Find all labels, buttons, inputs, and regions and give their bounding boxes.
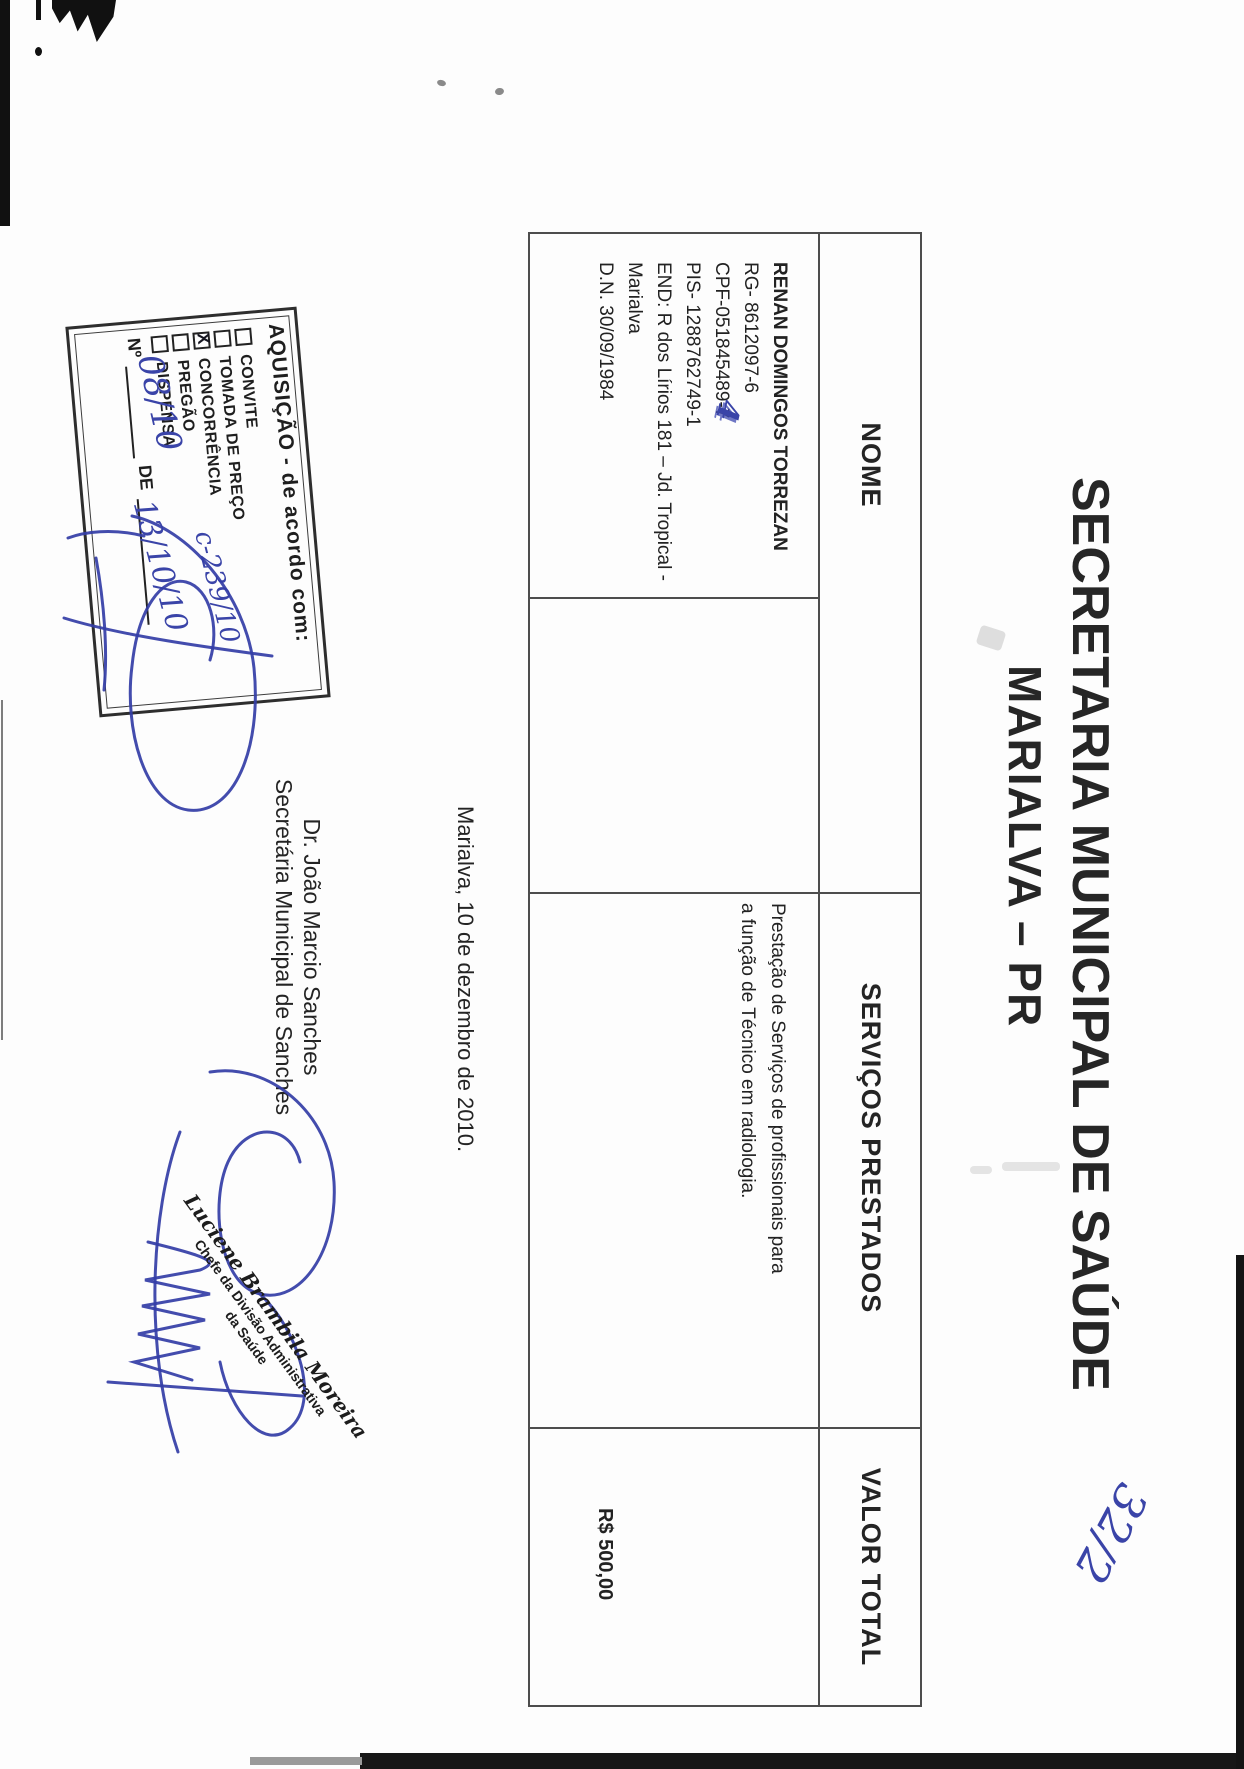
scan-edge-bottom-fade [250, 1757, 362, 1765]
scan-speck [494, 87, 504, 95]
scan-speck [436, 79, 446, 87]
table-border-bottom [528, 232, 530, 1707]
provider-pis: PIS- 1288762749-1 [678, 262, 707, 581]
provider-info-block: RENAN DOMINGOS TORREZAN RG- 8612097-6 CP… [591, 262, 794, 581]
table-border-left [528, 232, 922, 234]
provider-cpf-text: CPF-051845489-7 [711, 262, 732, 418]
provider-name: RENAN DOMINGOS TORREZAN [765, 262, 794, 581]
numero-label: Nº [123, 337, 146, 358]
scan-edge-bottom [360, 1753, 1244, 1769]
scan-edge-left [0, 0, 10, 226]
de-label: DE [134, 464, 157, 491]
table-column-divider [528, 892, 922, 894]
scan-smudge [970, 1166, 992, 1174]
handwritten-page-number: 32/2 [1063, 1475, 1159, 1592]
column-header-nome: NOME [855, 423, 886, 508]
signature-flourish [57, 498, 292, 838]
scan-smudge [1002, 1162, 1060, 1171]
provider-cpf: CPF-051845489-7 4 [707, 262, 736, 581]
table-column-divider [528, 1427, 922, 1429]
table-header-divider [818, 232, 820, 1707]
column-header-servicos: SERVIÇOS PRESTADOS [855, 983, 886, 1314]
checkbox-checked: X [192, 331, 210, 349]
services-description: Prestação de Serviços de profissionais p… [732, 903, 792, 1303]
checkbox-empty [171, 333, 189, 351]
scanned-document: { "annotations": { "corner_number": "32/… [0, 0, 1244, 1769]
scan-artifact-dot [35, 47, 42, 56]
document-page: SECRETARIA MUNICIPAL DE SAÚDE MARIALVA –… [0, 0, 1244, 1769]
scan-smudge [976, 624, 1007, 651]
date-line: Marialva, 10 de dezembro de 2010. [452, 806, 478, 1152]
page-subtitle: MARIALVA – PR [998, 665, 1052, 1027]
scan-artifact-mark [36, 0, 41, 20]
services-line-1: Prestação de Serviços de profissionais p… [762, 903, 792, 1303]
services-line-2: a função de Técnico em radiologia. [732, 903, 762, 1303]
provider-address-1: END: R dos Lírios 181 – Jd. Tropical - [649, 262, 678, 581]
provider-birthdate: D.N. 30/09/1984 [591, 262, 620, 581]
page-title: SECRETARIA MUNICIPAL DE SAÚDE [1060, 477, 1120, 1391]
checkbox-x-mark: X [192, 332, 213, 345]
provider-address-2: Marialva [620, 262, 649, 581]
scan-edge-left-thin [1, 700, 3, 1040]
table-subcolumn-divider [528, 597, 820, 599]
checkbox-empty [213, 329, 231, 347]
scan-edge-right [1236, 1255, 1244, 1769]
total-value: R$ 500,00 [593, 1508, 616, 1600]
column-header-valor: VALOR TOTAL [855, 1468, 886, 1666]
table-border-right [528, 1705, 922, 1707]
checkbox-empty [234, 328, 252, 346]
table-border-top [920, 232, 922, 1707]
